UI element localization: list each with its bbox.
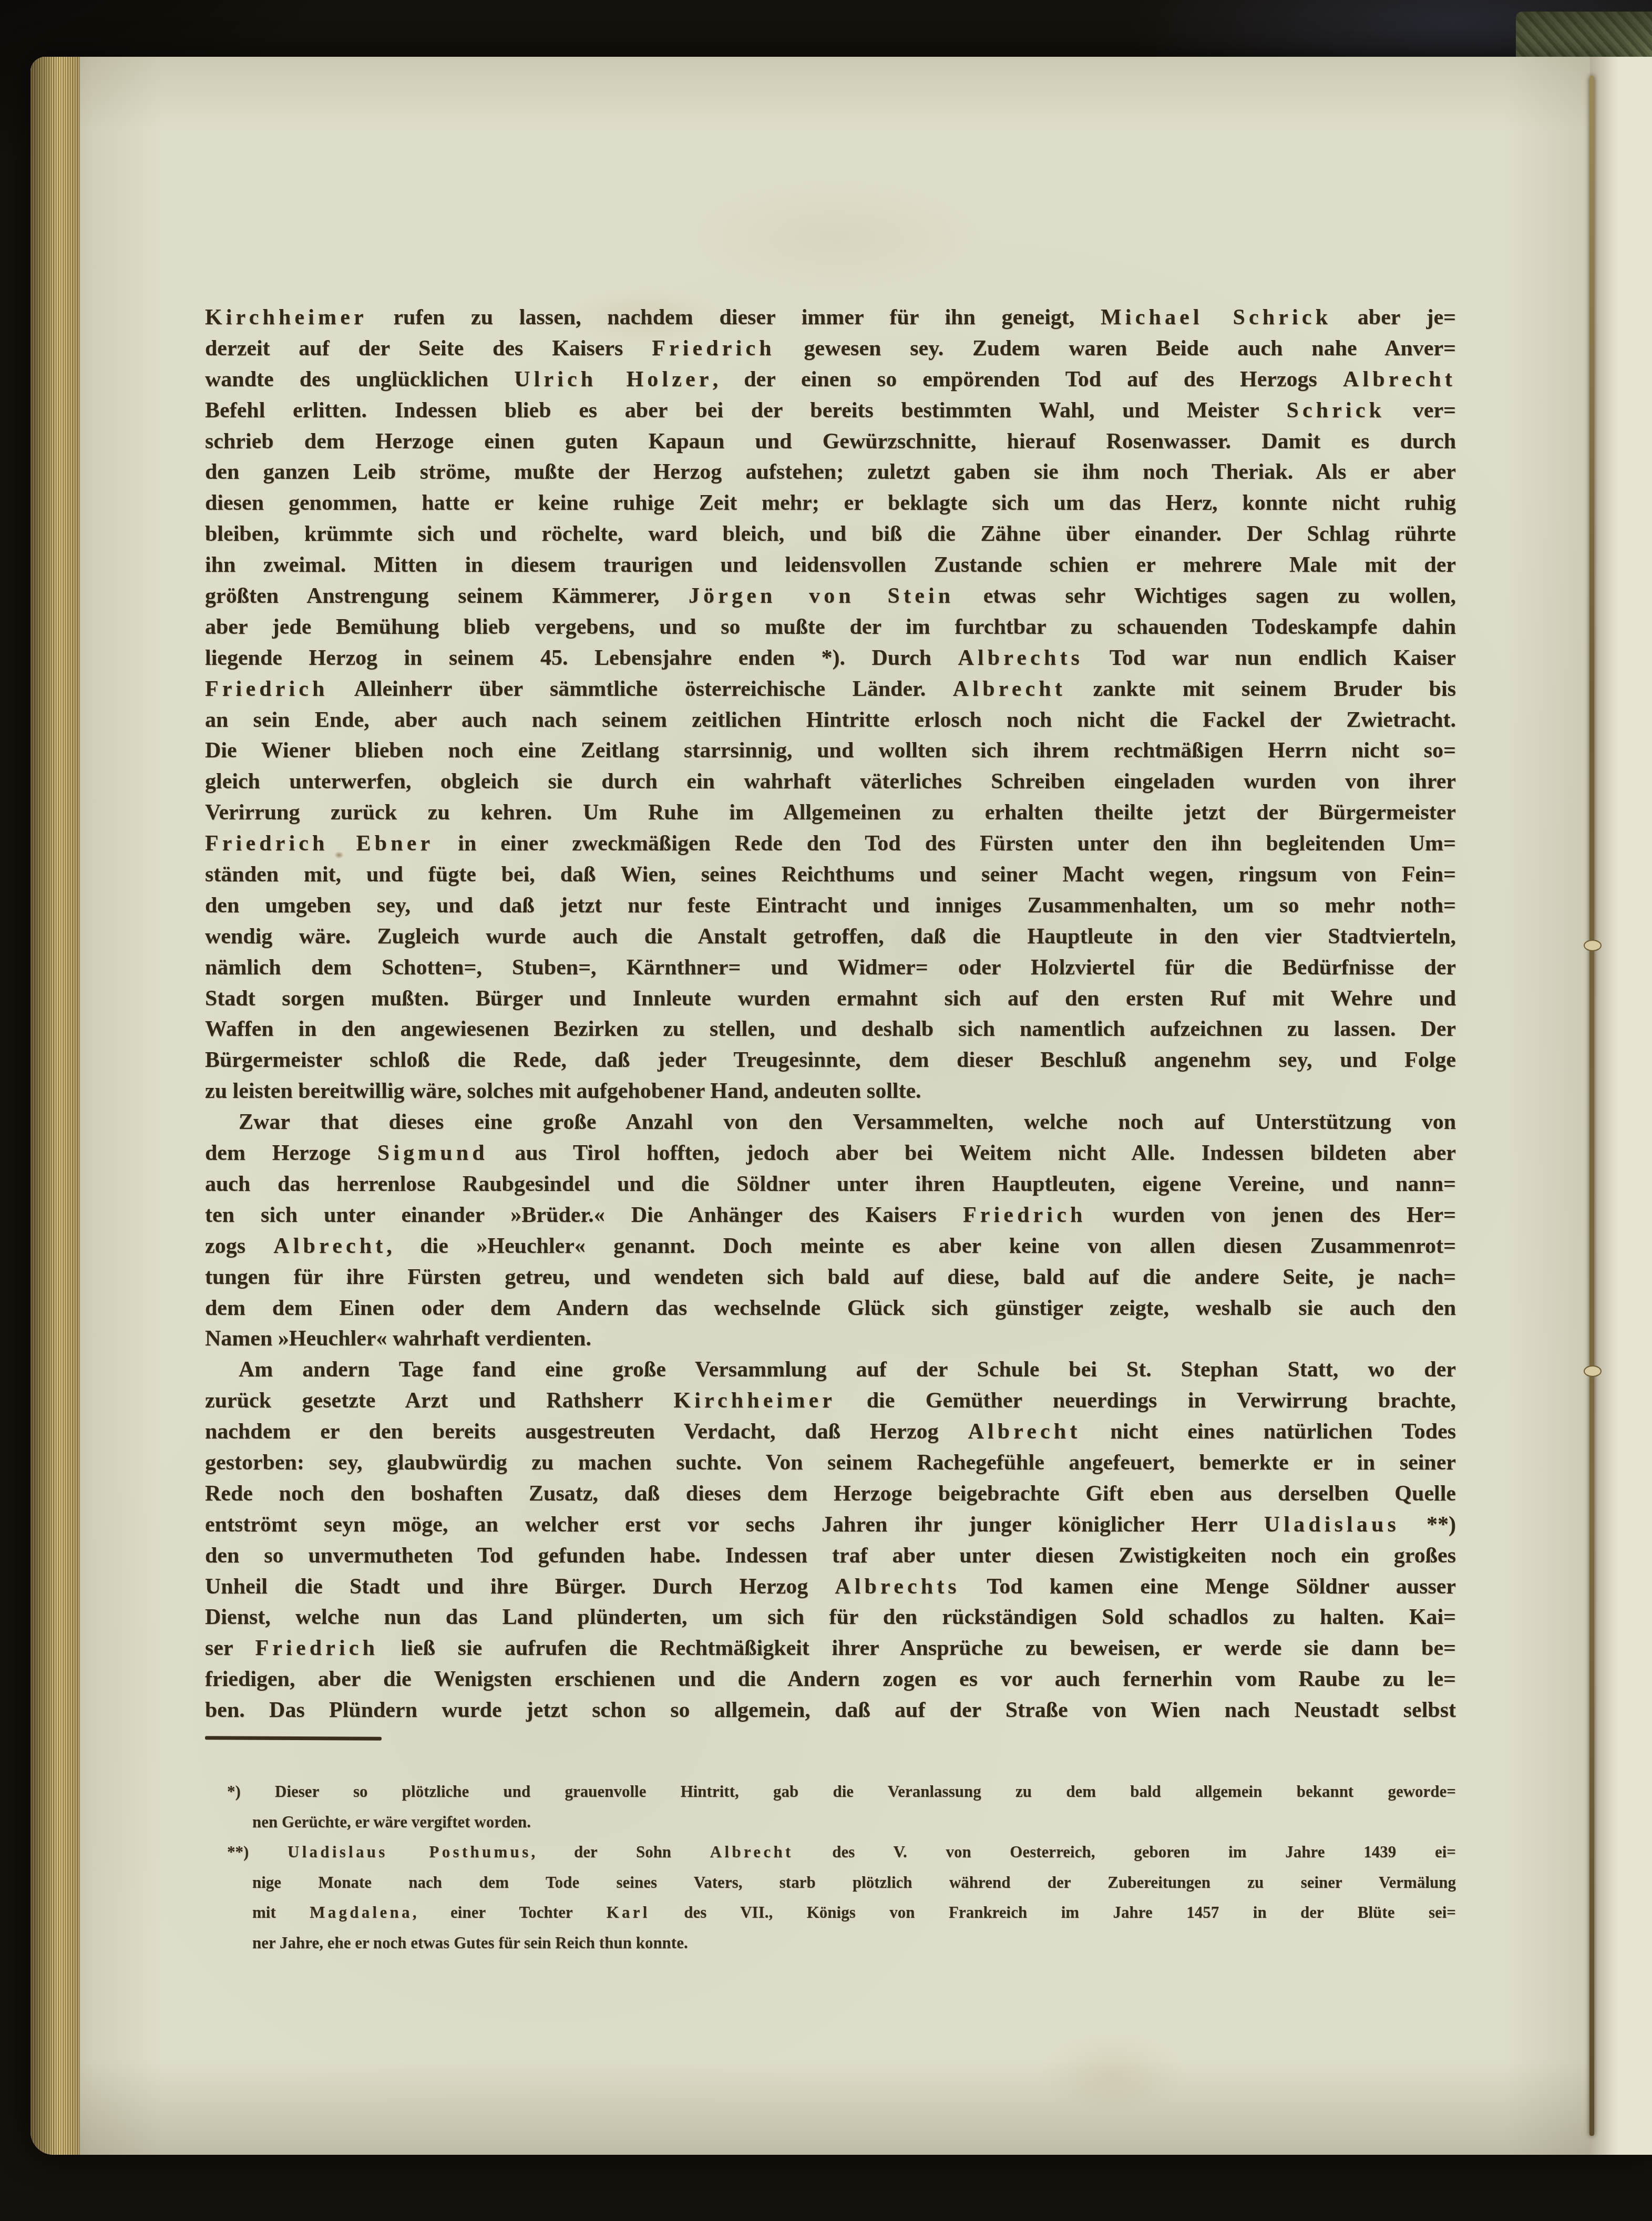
- text-line: zogs Albrecht, die »Heuchler« genannt. D…: [205, 1231, 1456, 1262]
- text-run: **): [227, 1843, 288, 1861]
- book-page: Kirchheimer rufen zu lassen, nachdem die…: [30, 57, 1652, 2155]
- spaced-name: Albrecht: [273, 1234, 386, 1258]
- text-run: in einer zweckmäßigen Rede den Tod des F…: [434, 831, 1456, 856]
- text-run: Unheil die Stadt und ihre Bürger. Durch …: [205, 1575, 835, 1599]
- text-line: ser Friedrich ließ sie aufrufen die Rech…: [205, 1633, 1456, 1664]
- text-run: nachdem er den bereits ausgestreuten Ver…: [205, 1420, 968, 1444]
- text-line: Friedrich Ebner in einer zweckmäßigen Re…: [205, 828, 1456, 859]
- text-run: liegende Herzog in seinem 45. Lebensjahr…: [205, 646, 958, 670]
- text-line: aber jede Bemühung blieb vergebens, und …: [205, 612, 1456, 643]
- spaced-name: Sigmund: [377, 1141, 488, 1165]
- text-line: entströmt seyn möge, an welcher erst vor…: [205, 1509, 1456, 1540]
- text-run: ben. Das Plündern wurde jetzt schon so a…: [205, 1698, 1456, 1722]
- text-run: schrieb dem Herzoge einen guten Kapaun u…: [205, 429, 1456, 454]
- text-run: ten sich unter einander »Brüder.« Die An…: [205, 1203, 963, 1227]
- text-run: ver=: [1385, 398, 1456, 423]
- text-line: Kirchheimer rufen zu lassen, nachdem die…: [205, 302, 1456, 333]
- text-run: Alleinherr über sämmtliche österreichisc…: [329, 677, 953, 701]
- text-run: ständen mit, und fügte bei, daß Wien, se…: [205, 862, 1456, 887]
- text-line: friedigen, aber die Wenigsten erschienen…: [205, 1664, 1456, 1695]
- text-run: Am andern Tage fand eine große Versammlu…: [239, 1358, 1456, 1382]
- text-line: tungen für ihre Fürsten getreu, und wend…: [205, 1262, 1456, 1293]
- spaced-name: Friedrich: [963, 1203, 1086, 1227]
- text-run: Tod war nun endlich Kaiser: [1083, 646, 1456, 670]
- text-run: , einer Tochter: [413, 1903, 607, 1921]
- text-line: dem dem Einen oder dem Andern das wechse…: [205, 1293, 1456, 1324]
- text-line: den so unvermutheten Tod gefunden habe. …: [205, 1540, 1456, 1571]
- text-run: dem dem Einen oder dem Andern das wechse…: [205, 1296, 1456, 1320]
- text-line: den ganzen Leib ströme, mußte der Herzog…: [205, 457, 1456, 488]
- text-line: nämlich dem Schotten=, Stuben=, Kärnthne…: [205, 952, 1456, 983]
- text-line: Dienst, welche nun das Land plünderten, …: [205, 1602, 1456, 1633]
- text-run: gewesen sey. Zudem waren Beide auch nahe…: [775, 336, 1456, 361]
- text-line: gestorben: sey, glaubwürdig zu machen su…: [205, 1447, 1456, 1478]
- spaced-name: Albrecht: [1343, 367, 1456, 392]
- text-line: Am andern Tage fand eine große Versammlu…: [205, 1354, 1456, 1385]
- text-run: nige Monate nach dem Tode seines Vaters,…: [252, 1873, 1456, 1891]
- text-line: diesen genommen, hatte er keine ruhige Z…: [205, 488, 1456, 519]
- text-run: die Gemüther neuerdings in Verwirrung br…: [836, 1389, 1456, 1413]
- text-run: Rede noch den boshaften Zusatz, daß dies…: [205, 1482, 1456, 1506]
- stain: [688, 178, 982, 293]
- text-run: Die Wiener blieben noch eine Zeitlang st…: [205, 738, 1456, 763]
- spaced-name: Friedrich: [205, 677, 329, 701]
- text-line: Unheil die Stadt und ihre Bürger. Durch …: [205, 1571, 1456, 1602]
- spaced-name: Friedrich: [652, 336, 775, 361]
- spaced-name: Magdalena: [310, 1903, 413, 1921]
- text-run: zurück gesetzte Arzt und Rathsherr: [205, 1389, 673, 1413]
- text-run: auch das herrenlose Raubgesindel und die…: [205, 1172, 1456, 1196]
- footnote-line: nige Monate nach dem Tode seines Vaters,…: [227, 1867, 1456, 1898]
- text-line: derzeit auf der Seite des Kaisers Friedr…: [205, 333, 1456, 364]
- text-line: schrieb dem Herzoge einen guten Kapaun u…: [205, 426, 1456, 457]
- text-line: Namen »Heuchler« wahrhaft verdienten.: [205, 1323, 1456, 1354]
- spaced-name: Michael Schrick: [1101, 305, 1331, 330]
- text-line: ihn zweimal. Mitten in diesem traurigen …: [205, 550, 1456, 581]
- footnote-line: *) Dieser so plötzliche und grauenvolle …: [227, 1776, 1456, 1807]
- text-run: gleich unterwerfen, obgleich sie durch e…: [205, 769, 1456, 794]
- footnote-line: ner Jahre, ehe er noch etwas Gutes für s…: [227, 1928, 1456, 1958]
- text-run: gestorben: sey, glaubwürdig zu machen su…: [205, 1451, 1456, 1475]
- text-line: Zwar that dieses eine große Anzahl von d…: [205, 1107, 1456, 1138]
- main-text-block: Kirchheimer rufen zu lassen, nachdem die…: [205, 302, 1456, 1726]
- spaced-name: Schrick: [1286, 398, 1385, 423]
- text-line: dem Herzoge Sigmund aus Tirol hofften, j…: [205, 1138, 1456, 1169]
- text-run: Befehl erlitten. Indessen blieb es aber …: [205, 398, 1286, 423]
- text-run: den umgeben sey, und daß jetzt nur feste…: [205, 893, 1456, 918]
- text-line: wendig wäre. Zugleich wurde auch die Ans…: [205, 921, 1456, 952]
- text-run: mit: [252, 1903, 310, 1921]
- text-run: Namen »Heuchler« wahrhaft verdienten.: [205, 1327, 591, 1351]
- text-run: bleiben, krümmte sich und röchelte, ward…: [205, 522, 1456, 546]
- text-line: Die Wiener blieben noch eine Zeitlang st…: [205, 735, 1456, 766]
- footnote-line: nen Gerüchte, er wäre vergiftet worden.: [227, 1807, 1456, 1837]
- text-line: Befehl erlitten. Indessen blieb es aber …: [205, 395, 1456, 426]
- spaced-name: Karl: [607, 1903, 650, 1921]
- footnote-line: mit Magdalena, einer Tochter Karl des VI…: [227, 1897, 1456, 1928]
- text-run: nämlich dem Schotten=, Stuben=, Kärnthne…: [205, 955, 1456, 980]
- footnote-block: *) Dieser so plötzliche und grauenvolle …: [227, 1776, 1456, 1958]
- spaced-name: Uladislaus Posthumus: [288, 1843, 531, 1861]
- text-line: Rede noch den boshaften Zusatz, daß dies…: [205, 1478, 1456, 1509]
- text-run: , der einen so empörenden Tod auf des He…: [713, 367, 1343, 392]
- spaced-name: Kirchheimer: [205, 305, 367, 330]
- spaced-name: Albrecht: [710, 1843, 794, 1861]
- text-line: auch das herrenlose Raubgesindel und die…: [205, 1169, 1456, 1200]
- text-line: Stadt sorgen mußten. Bürger und Innleute…: [205, 983, 1456, 1014]
- text-run: **): [1400, 1513, 1456, 1537]
- stitch-thread: [1584, 1365, 1602, 1377]
- text-run: den ganzen Leib ströme, mußte der Herzog…: [205, 460, 1456, 484]
- text-run: *) Dieser so plötzliche und grauenvolle …: [227, 1782, 1456, 1801]
- text-run: ser: [205, 1636, 255, 1660]
- text-line: Friedrich Alleinherr über sämmtliche öst…: [205, 674, 1456, 705]
- text-run: des VII., Königs von Frankreich im Jahre…: [650, 1903, 1456, 1921]
- text-line: ben. Das Plündern wurde jetzt schon so a…: [205, 1695, 1456, 1726]
- text-run: ner Jahre, ehe er noch etwas Gutes für s…: [252, 1934, 688, 1952]
- text-run: Verirrung zurück zu kehren. Um Ruhe im A…: [205, 800, 1456, 825]
- text-run: Tod kamen eine Menge Söldner ausser: [960, 1575, 1456, 1599]
- text-run: etwas sehr Wichtiges sagen zu wollen,: [954, 584, 1456, 608]
- text-run: rufen zu lassen, nachdem dieser immer fü…: [367, 305, 1101, 330]
- text-line: zu leisten bereitwillig wäre, solches mi…: [205, 1076, 1456, 1107]
- text-run: zankte mit seinem Bruder bis: [1066, 677, 1456, 701]
- text-run: aber jede Bemühung blieb vergebens, und …: [205, 615, 1456, 639]
- text-line: zurück gesetzte Arzt und Rathsherr Kirch…: [205, 1385, 1456, 1416]
- text-run: ihn zweimal. Mitten in diesem traurigen …: [205, 553, 1456, 577]
- text-run: Dienst, welche nun das Land plünderten, …: [205, 1605, 1456, 1629]
- text-run: des V. von Oesterreich, geboren im Jahre…: [794, 1843, 1456, 1861]
- text-line: an sein Ende, aber auch nach seinem zeit…: [205, 705, 1456, 736]
- text-line: den umgeben sey, und daß jetzt nur feste…: [205, 890, 1456, 921]
- binding-gutter: [1590, 57, 1652, 2155]
- spaced-name: Kirchheimer: [673, 1389, 836, 1413]
- footnote-separator: [205, 1736, 382, 1740]
- text-run: wendig wäre. Zugleich wurde auch die Ans…: [205, 924, 1456, 949]
- text-run: an sein Ende, aber auch nach seinem zeit…: [205, 708, 1456, 732]
- spaced-name: Albrecht: [953, 677, 1066, 701]
- text-line: liegende Herzog in seinem 45. Lebensjahr…: [205, 643, 1456, 674]
- text-run: größten Anstrengung seinem Kämmerer,: [205, 584, 689, 608]
- text-run: , die »Heuchler« genannt. Doch meinte es…: [386, 1234, 1456, 1258]
- text-run: zogs: [205, 1234, 273, 1258]
- scanned-book-photo: { "colors": { "background": "#15110c", "…: [0, 0, 1652, 2221]
- text-run: entströmt seyn möge, an welcher erst vor…: [205, 1513, 1264, 1537]
- text-run: aber je=: [1331, 305, 1456, 330]
- spaced-name: Friedrich Ebner: [205, 831, 434, 856]
- text-run: Bürgermeister schloß die Rede, daß jeder…: [205, 1048, 1456, 1072]
- text-line: Verirrung zurück zu kehren. Um Ruhe im A…: [205, 797, 1456, 828]
- spaced-name: Albrechts: [835, 1575, 960, 1599]
- text-run: dem Herzoge: [205, 1141, 377, 1165]
- text-run: Stadt sorgen mußten. Bürger und Innleute…: [205, 986, 1456, 1011]
- text-run: wandte des unglücklichen: [205, 367, 514, 392]
- text-run: wurden von jenen des Her=: [1086, 1203, 1456, 1227]
- text-run: derzeit auf der Seite des Kaisers: [205, 336, 652, 361]
- text-run: Zwar that dieses eine große Anzahl von d…: [239, 1110, 1456, 1134]
- text-run: tungen für ihre Fürsten getreu, und wend…: [205, 1265, 1456, 1289]
- text-run: aus Tirol hofften, jedoch aber bei Weite…: [488, 1141, 1456, 1165]
- spaced-name: Uladislaus: [1264, 1513, 1400, 1537]
- text-run: friedigen, aber die Wenigsten erschienen…: [205, 1667, 1456, 1691]
- spaced-name: Albrecht: [968, 1420, 1081, 1444]
- text-run: nicht eines natürlichen Todes: [1081, 1420, 1456, 1444]
- stain: [1040, 2033, 1187, 2117]
- page-fore-edge: [30, 57, 80, 2155]
- spaced-name: Ulrich Holzer: [514, 367, 712, 392]
- stitching-seam: [1589, 76, 1594, 2136]
- text-line: bleiben, krümmte sich und röchelte, ward…: [205, 519, 1456, 550]
- text-line: Waffen in den angewiesenen Bezirken zu s…: [205, 1014, 1456, 1045]
- text-line: ten sich unter einander »Brüder.« Die An…: [205, 1200, 1456, 1231]
- text-line: gleich unterwerfen, obgleich sie durch e…: [205, 766, 1456, 797]
- text-line: nachdem er den bereits ausgestreuten Ver…: [205, 1416, 1456, 1447]
- text-run: zu leisten bereitwillig wäre, solches mi…: [205, 1079, 921, 1103]
- stitch-thread: [1584, 940, 1602, 951]
- spaced-name: Jörgen von Stein: [689, 584, 954, 608]
- spaced-name: Albrechts: [958, 646, 1083, 670]
- spaced-name: Friedrich: [255, 1636, 379, 1660]
- text-run: diesen genommen, hatte er keine ruhige Z…: [205, 491, 1456, 515]
- text-line: ständen mit, und fügte bei, daß Wien, se…: [205, 859, 1456, 890]
- text-run: den so unvermutheten Tod gefunden habe. …: [205, 1544, 1456, 1568]
- footnote-line: **) Uladislaus Posthumus, der Sohn Albre…: [227, 1837, 1456, 1867]
- text-run: nen Gerüchte, er wäre vergiftet worden.: [252, 1813, 531, 1831]
- text-run: Waffen in den angewiesenen Bezirken zu s…: [205, 1017, 1456, 1041]
- text-line: wandte des unglücklichen Ulrich Holzer, …: [205, 364, 1456, 395]
- text-run: ließ sie aufrufen die Rechtmäßigkeit ihr…: [378, 1636, 1456, 1660]
- text-line: Bürgermeister schloß die Rede, daß jeder…: [205, 1045, 1456, 1076]
- text-run: , der Sohn: [531, 1843, 710, 1861]
- text-line: größten Anstrengung seinem Kämmerer, Jör…: [205, 581, 1456, 612]
